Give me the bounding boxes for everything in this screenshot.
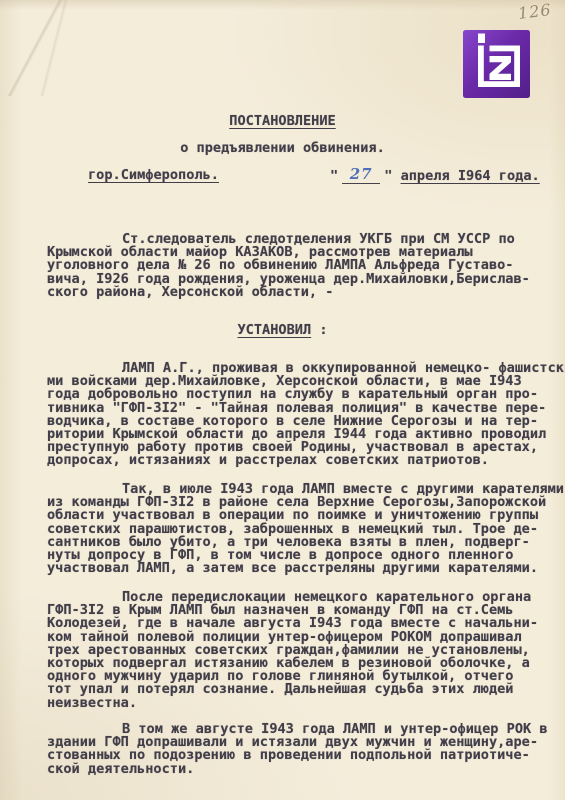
document-subtitle: о предъявлении обвинения. xyxy=(0,142,565,155)
date-segment: "27" апреля I964 года. xyxy=(330,169,565,184)
body-paragraph-4: В том же августе I943 года ЛАМП и унтер-… xyxy=(47,723,565,776)
document-page: 126 ПОСТАНОВЛЕНИЕ о предъявлении обвинен… xyxy=(0,0,565,800)
established-heading: УСТАНОВИЛ : xyxy=(0,324,565,337)
iz-logo xyxy=(463,30,530,98)
established-colon: : xyxy=(311,322,327,338)
document-title: ПОСТАНОВЛЕНИЕ xyxy=(0,115,565,128)
established-label: УСТАНОВИЛ xyxy=(237,322,311,338)
handwritten-day: 27 xyxy=(350,165,373,183)
body-paragraph-2: Так, в июле I943 года ЛАМП вместе с друг… xyxy=(47,483,565,575)
date-open-quote: " xyxy=(330,168,338,184)
date-month-year: апреля I964 года. xyxy=(401,168,540,184)
handwritten-page-number: 126 xyxy=(517,0,553,23)
preamble-paragraph: Ст.следователь следотделения УКГБ при СМ… xyxy=(47,233,565,299)
body-paragraph-1: ЛАМП А.Г., проживая в оккупированной нем… xyxy=(47,362,565,468)
place-date-line: гор.Симферополь. "27" апреля I964 года. xyxy=(0,169,565,189)
body-paragraph-3: После передислокации немецкого карательн… xyxy=(47,591,565,710)
handwritten-day-underline: 27 xyxy=(342,169,380,184)
document-title-text: ПОСТАНОВЛЕНИЕ xyxy=(229,113,335,129)
paper-crease xyxy=(0,0,122,96)
iz-logo-icon xyxy=(463,30,530,98)
